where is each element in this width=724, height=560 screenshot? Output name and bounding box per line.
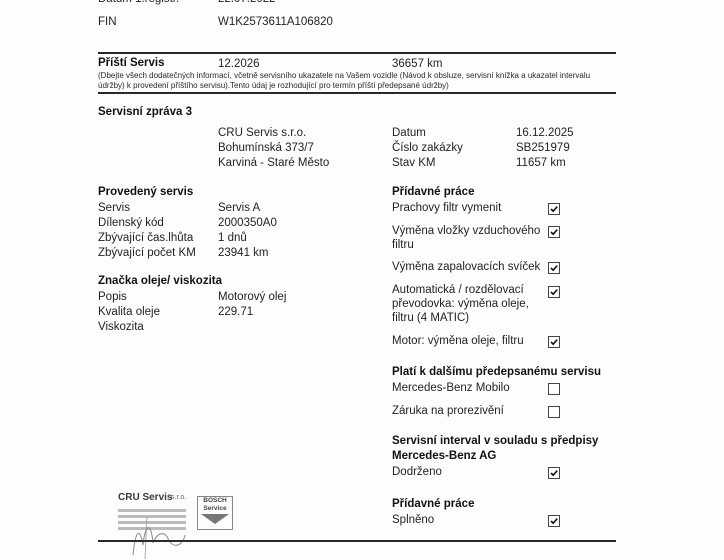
first-registration-value: 22.07.2022 (218, 0, 276, 6)
rust-warranty-checkbox[interactable] (548, 406, 560, 418)
additional-work-item-label: Motor: výměna oleje, filtru (392, 334, 524, 348)
workshop-city: Karviná - Staré Město (218, 156, 329, 170)
date-label: Datum (392, 126, 426, 140)
oil-viscosity-label: Viskozita (98, 320, 144, 334)
remaining-time-value: 1 dnů (218, 231, 247, 245)
checkmark-icon (549, 263, 559, 273)
checkmark-icon (549, 287, 559, 297)
interval-title-1: Servisní interval v souladu s předpisy (392, 435, 598, 447)
next-service-note-1: (Dbejte všech dodatečných informací, vče… (98, 71, 590, 81)
interval-title-2: Mercedes-Benz AG (392, 450, 496, 462)
next-service-km: 36657 km (392, 57, 443, 71)
order-number-label: Číslo zakázky (392, 141, 463, 155)
fulfilled-label: Splněno (392, 513, 434, 527)
checkmark-icon (549, 468, 559, 478)
workshop-code-value: 2000350A0 (218, 216, 277, 230)
additional-work-item-label: Výměna zapalovacích svíček (392, 260, 540, 274)
stamp-company: CRU Servis (118, 492, 172, 503)
workshop-street: Bohumínská 373/7 (218, 141, 314, 155)
oil-description-value: Motorový olej (218, 290, 286, 304)
service-report-page: Datum 1.registr. 22.07.2022 FIN W1K25736… (0, 0, 724, 560)
additional-work-item-label: Prachovy filtr vymenit (392, 201, 501, 215)
workshop-code-label: Dílenský kód (98, 216, 164, 230)
performed-service-title: Provedený servis (98, 186, 193, 198)
next-service-label: Příští Servis (98, 57, 164, 69)
fin-value: W1K2573611A106820 (218, 15, 333, 29)
date-value: 16.12.2025 (516, 126, 574, 140)
divider-next-service (98, 92, 616, 94)
checkmark-icon (549, 204, 559, 214)
additional-work-checkbox[interactable] (548, 203, 560, 215)
oil-quality-value: 229.71 (218, 305, 253, 319)
order-number-value: SB251979 (516, 141, 570, 155)
odometer-value: 11657 km (516, 156, 566, 170)
additional-work-checkbox[interactable] (548, 226, 560, 238)
checkmark-icon (549, 227, 559, 237)
report-title: Servisní zpráva 3 (98, 106, 192, 118)
additional-work-2-title: Přídavné práce (392, 498, 474, 510)
signature (125, 515, 195, 560)
rust-warranty-label: Záruka na prorezivění (392, 404, 504, 418)
first-registration-label: Datum 1.registr. (98, 0, 179, 6)
next-service-note-2: údržby) k provedení příštího servisu).Te… (98, 81, 449, 91)
service-type-value: Servis A (218, 201, 260, 215)
checkmark-icon (549, 516, 559, 526)
oil-description-label: Popis (98, 290, 127, 304)
remaining-km-value: 23941 km (218, 246, 269, 260)
additional-work-title: Přídavné práce (392, 186, 474, 198)
checkmark-icon (549, 337, 559, 347)
additional-work-item-label: Výměna vložky vzduchového filtru (392, 224, 542, 252)
stamp-suffix: s.r.o. (171, 494, 186, 501)
next-service-date: 12.2026 (218, 57, 260, 71)
valid-for-next-title: Platí k dalšímu předepsanému servisu (392, 366, 601, 378)
fin-label: FIN (98, 15, 117, 29)
fulfilled-checkbox[interactable] (548, 515, 560, 527)
additional-work-item-label: Automatická / rozdělovací převodovka: vý… (392, 283, 540, 325)
remaining-km-label: Zbývající počet KM (98, 246, 196, 260)
interval-kept-checkbox[interactable] (548, 467, 560, 479)
oil-quality-label: Kvalita oleje (98, 305, 160, 319)
interval-kept-label: Dodrženo (392, 465, 442, 479)
divider-top (98, 52, 616, 54)
mobilo-checkbox[interactable] (548, 383, 560, 395)
bosch-service-logo: BOSCH Service (197, 496, 233, 530)
additional-work-checkbox[interactable] (548, 336, 560, 348)
remaining-time-label: Zbývající čas.lhůta (98, 231, 193, 245)
workshop-name: CRU Servis s.r.o. (218, 126, 306, 140)
divider-bottom (98, 540, 616, 542)
oil-title: Značka oleje/ viskozita (98, 275, 222, 287)
additional-work-checkbox[interactable] (548, 262, 560, 274)
odometer-label: Stav KM (392, 156, 435, 170)
mobilo-label: Mercedes-Benz Mobilo (392, 381, 510, 395)
service-type-label: Servis (98, 201, 130, 215)
additional-work-checkbox[interactable] (548, 286, 560, 298)
